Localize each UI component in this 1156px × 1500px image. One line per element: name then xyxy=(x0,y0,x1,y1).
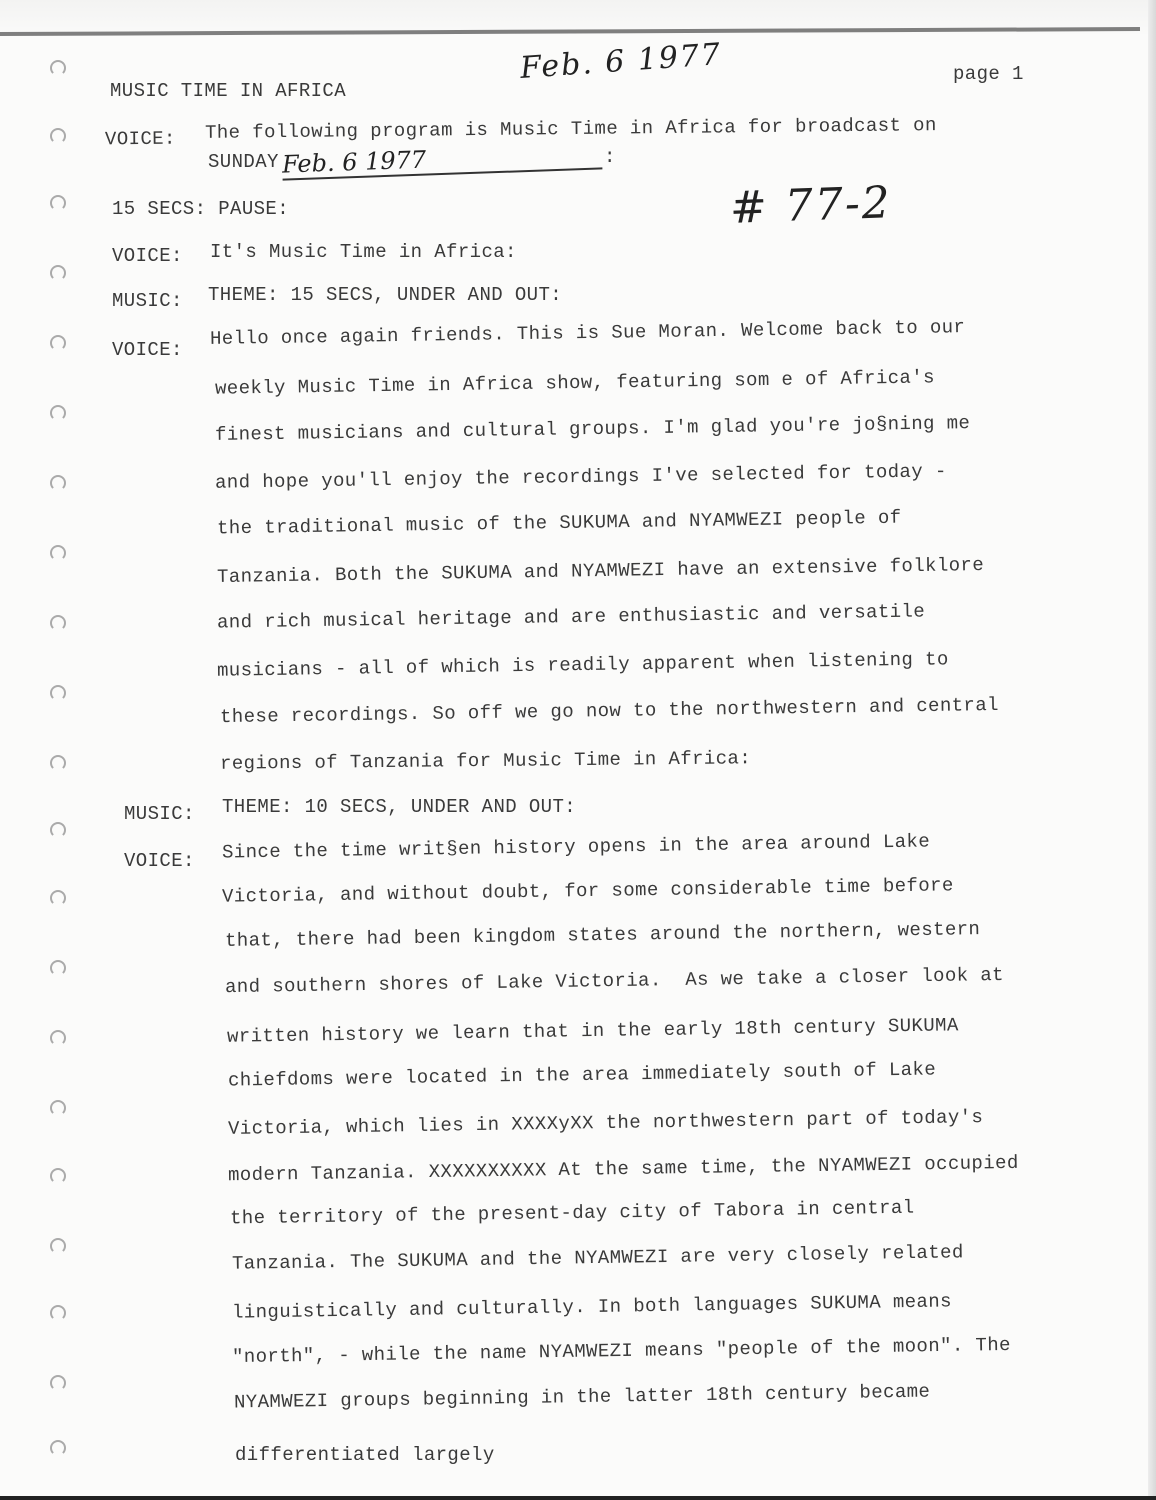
paragraph-line: differentiated largely xyxy=(235,1444,495,1466)
paragraph-line: and hope you'll enjoy the recordings I'v… xyxy=(215,460,947,493)
paragraph-line: written history we learn that in the ear… xyxy=(227,1014,959,1047)
speaker-label: MUSIC: xyxy=(124,803,195,825)
paragraph-line: finest musicians and cultural groups. I'… xyxy=(215,412,971,446)
binder-hole xyxy=(50,475,66,491)
paragraph-line: "north", - while the name NYAMWEZI means… xyxy=(232,1334,1011,1368)
speaker-label: VOICE: xyxy=(124,850,195,872)
binder-hole xyxy=(50,335,66,351)
binder-hole xyxy=(50,960,66,976)
paragraph-line: Victoria, which lies in XXXXyXX the nort… xyxy=(228,1106,984,1140)
page-bottom-border xyxy=(0,1496,1156,1500)
binder-hole xyxy=(50,755,66,771)
binder-hole xyxy=(50,1030,66,1046)
paragraph-line: linguistically and culturally. In both l… xyxy=(232,1290,952,1323)
binder-hole xyxy=(50,890,66,906)
paragraph-line: Tanzania. Both the SUKUMA and NYAMWEZI h… xyxy=(217,554,984,588)
speaker-label: MUSIC: xyxy=(112,290,183,312)
voice-line: It's Music Time in Africa: xyxy=(210,241,517,263)
handwritten-date: Feb. 6 1977 xyxy=(519,37,723,86)
binder-hole xyxy=(50,195,66,211)
handwritten-broadcast-date: Feb. 6 1977 xyxy=(282,139,603,180)
page-number: page 1 xyxy=(953,63,1024,85)
binder-hole xyxy=(50,1100,66,1116)
paragraph-line: and southern shores of Lake Victoria. As… xyxy=(225,964,1004,998)
page-right-edge xyxy=(1148,0,1156,1500)
binder-hole xyxy=(50,128,66,144)
paragraph-line: regions of Tanzania for Music Time in Af… xyxy=(220,747,751,775)
paragraph-line: and rich musical heritage and are enthus… xyxy=(217,600,925,633)
binder-hole xyxy=(50,1305,66,1321)
binder-hole xyxy=(50,1375,66,1391)
binder-hole xyxy=(50,1238,66,1254)
music-cue: THEME: 10 SECS, UNDER AND OUT: xyxy=(222,796,576,818)
paragraph-line: Tanzania. The SUKUMA and the NYAMWEZI ar… xyxy=(232,1241,964,1274)
speaker-label: VOICE: xyxy=(112,339,183,361)
document-title: MUSIC TIME IN AFRICA xyxy=(110,80,346,102)
binder-hole xyxy=(50,1440,66,1456)
binder-hole xyxy=(50,405,66,421)
paragraph-line: modern Tanzania. XXXXXXXXXX At the same … xyxy=(228,1152,1019,1186)
intro-colon: : xyxy=(604,146,616,168)
binder-hole xyxy=(50,685,66,701)
speaker-label: VOICE: xyxy=(112,245,183,267)
paragraph-line: that, there had been kingdom states arou… xyxy=(225,918,981,952)
paragraph-line: Since the time writ§en history opens in … xyxy=(222,830,930,863)
binder-hole xyxy=(50,265,66,281)
paragraph-line: Victoria, and without doubt, for some co… xyxy=(222,874,954,907)
handwritten-program-number: # 77-2 xyxy=(729,177,892,234)
binder-hole xyxy=(50,822,66,838)
binder-hole xyxy=(50,615,66,631)
paragraph-line: the traditional music of the SUKUMA and … xyxy=(217,507,902,540)
binder-hole xyxy=(50,545,66,561)
paragraph-line: Hello once again friends. This is Sue Mo… xyxy=(210,316,966,350)
paragraph-line: weekly Music Time in Africa show, featur… xyxy=(215,366,935,399)
paragraph-line: chiefdoms were located in the area immed… xyxy=(228,1058,936,1091)
intro-day: SUNDAY xyxy=(208,151,279,173)
binder-hole xyxy=(50,60,66,76)
paragraph-line: musicians - all of which is readily appa… xyxy=(217,648,949,681)
speaker-label: VOICE: xyxy=(105,128,176,151)
music-cue: THEME: 15 SECS, UNDER AND OUT: xyxy=(208,284,562,306)
paragraph-line: these recordings. So off we go now to th… xyxy=(220,694,999,728)
binder-hole xyxy=(50,1168,66,1184)
intro-text: The following program is Music Time in A… xyxy=(205,114,937,144)
pause-cue: 15 SECS: PAUSE: xyxy=(112,198,289,220)
paragraph-line: NYAMWEZI groups beginning in the latter … xyxy=(234,1381,931,1414)
paragraph-line: the territory of the present-day city of… xyxy=(230,1197,915,1230)
